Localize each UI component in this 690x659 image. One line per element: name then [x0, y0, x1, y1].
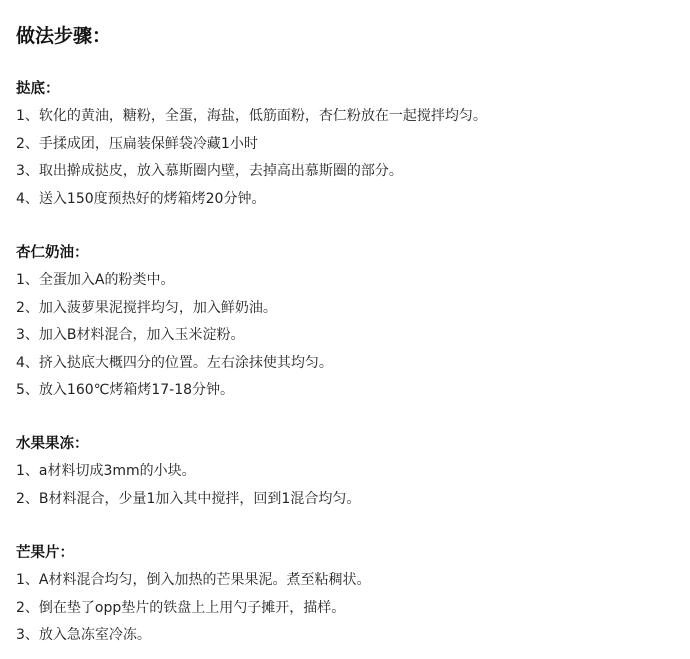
section-heading: 挞底：	[16, 76, 487, 103]
section-tart-base: 挞底： 1、软化的黄油，糖粉，全蛋，海盐，低筋面粉，杏仁粉放在一起搅拌均匀。 2…	[16, 76, 487, 213]
list-item: 4、挤入挞底大概四分的位置。左右涂抹使其均匀。	[16, 350, 333, 378]
section-fruit-jelly: 水果果冻： 1、a材料切成3mm的小块。 2、B材料混合，少量1加入其中搅拌，回…	[16, 431, 360, 513]
section-heading: 芒果片：	[16, 540, 370, 567]
list-item: 1、A材料混合均匀，倒入加热的芒果果泥。煮至粘稠状。	[16, 567, 370, 595]
section-heading: 杏仁奶油：	[16, 240, 333, 267]
list-item: 1、a材料切成3mm的小块。	[16, 458, 360, 486]
page-title: 做法步骤：	[16, 22, 111, 50]
list-item: 1、全蛋加入A的粉类中。	[16, 267, 333, 295]
list-item: 2、加入菠萝果泥搅拌均匀，加入鲜奶油。	[16, 295, 333, 323]
section-almond-cream: 杏仁奶油： 1、全蛋加入A的粉类中。 2、加入菠萝果泥搅拌均匀，加入鲜奶油。 3…	[16, 240, 333, 405]
list-item: 3、取出擀成挞皮，放入慕斯圈内壁，去掉高出慕斯圈的部分。	[16, 158, 487, 186]
list-item: 2、B材料混合，少量1加入其中搅拌，回到1混合均匀。	[16, 486, 360, 514]
list-item: 3、放入急冻室冷冻。	[16, 622, 370, 650]
list-item: 2、手揉成团，压扁装保鲜袋冷藏1小时	[16, 131, 487, 159]
list-item: 5、放入160℃烤箱烤17-18分钟。	[16, 377, 333, 405]
list-item: 3、加入B材料混合，加入玉米淀粉。	[16, 322, 333, 350]
section-mango-slices: 芒果片： 1、A材料混合均匀，倒入加热的芒果果泥。煮至粘稠状。 2、倒在垫了op…	[16, 540, 370, 650]
list-item: 4、送入150度预热好的烤箱烤20分钟。	[16, 186, 487, 214]
list-item: 2、倒在垫了opp垫片的铁盘上上用勺子摊开，描样。	[16, 595, 370, 623]
section-heading: 水果果冻：	[16, 431, 360, 458]
list-item: 1、软化的黄油，糖粉，全蛋，海盐，低筋面粉，杏仁粉放在一起搅拌均匀。	[16, 103, 487, 131]
